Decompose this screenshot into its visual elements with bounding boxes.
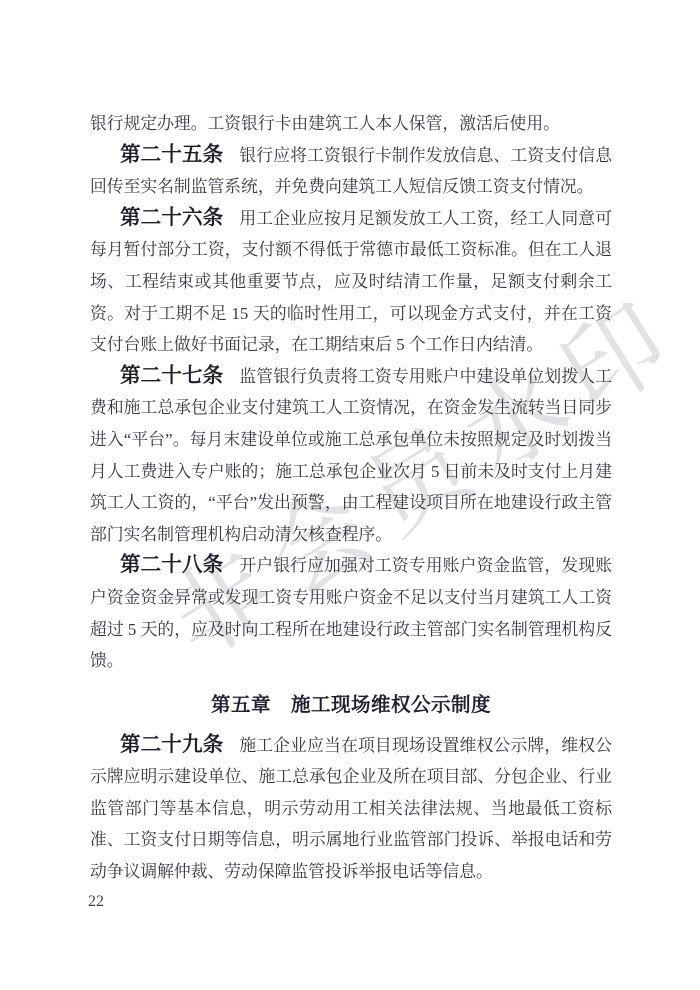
page-content: 银行规定办理。工资银行卡由建筑工人本人保管，激活后使用。 第二十五条银行应将工资… bbox=[90, 108, 612, 888]
article-27: 第二十七条监管银行负责将工资专用账户中建设单位划拨人工费和施工总承包企业支付建筑… bbox=[90, 361, 612, 551]
paragraph-continuation: 银行规定办理。工资银行卡由建筑工人本人保管，激活后使用。 bbox=[90, 108, 612, 140]
article-28-number: 第二十八条 bbox=[120, 554, 223, 576]
article-25-number: 第二十五条 bbox=[120, 144, 223, 166]
page-number: 22 bbox=[88, 893, 104, 911]
article-26-text: 用工企业应按月足额发放工人工资，经工人同意可每月暂付部分工资，支付额不得低于常德… bbox=[90, 209, 612, 354]
article-29: 第二十九条施工企业应当在项目现场设置维权公示牌，维权公示牌应明示建设单位、施工总… bbox=[90, 730, 612, 888]
article-26-number: 第二十六条 bbox=[120, 207, 223, 229]
article-28: 第二十八条开户银行应加强对工资专用账户资金监管，发现账户资金资金异常或发现工资专… bbox=[90, 550, 612, 676]
article-25: 第二十五条银行应将工资银行卡制作发放信息、工资支付信息回传至实名制监管系统，并免… bbox=[90, 140, 612, 203]
article-26: 第二十六条用工企业应按月足额发放工人工资，经工人同意可每月暂付部分工资，支付额不… bbox=[90, 203, 612, 361]
article-27-text: 监管银行负责将工资专用账户中建设单位划拨人工费和施工总承包企业支付建筑工人工资情… bbox=[90, 367, 612, 544]
article-29-number: 第二十九条 bbox=[120, 734, 223, 756]
article-27-number: 第二十七条 bbox=[120, 365, 223, 387]
article-29-text: 施工企业应当在项目现场设置维权公示牌，维权公示牌应明示建设单位、施工总承包企业及… bbox=[90, 736, 612, 881]
document-page: 非会员水印 银行规定办理。工资银行卡由建筑工人本人保管，激活后使用。 第二十五条… bbox=[0, 0, 700, 990]
chapter-heading: 第五章 施工现场维权公示制度 bbox=[90, 689, 612, 721]
